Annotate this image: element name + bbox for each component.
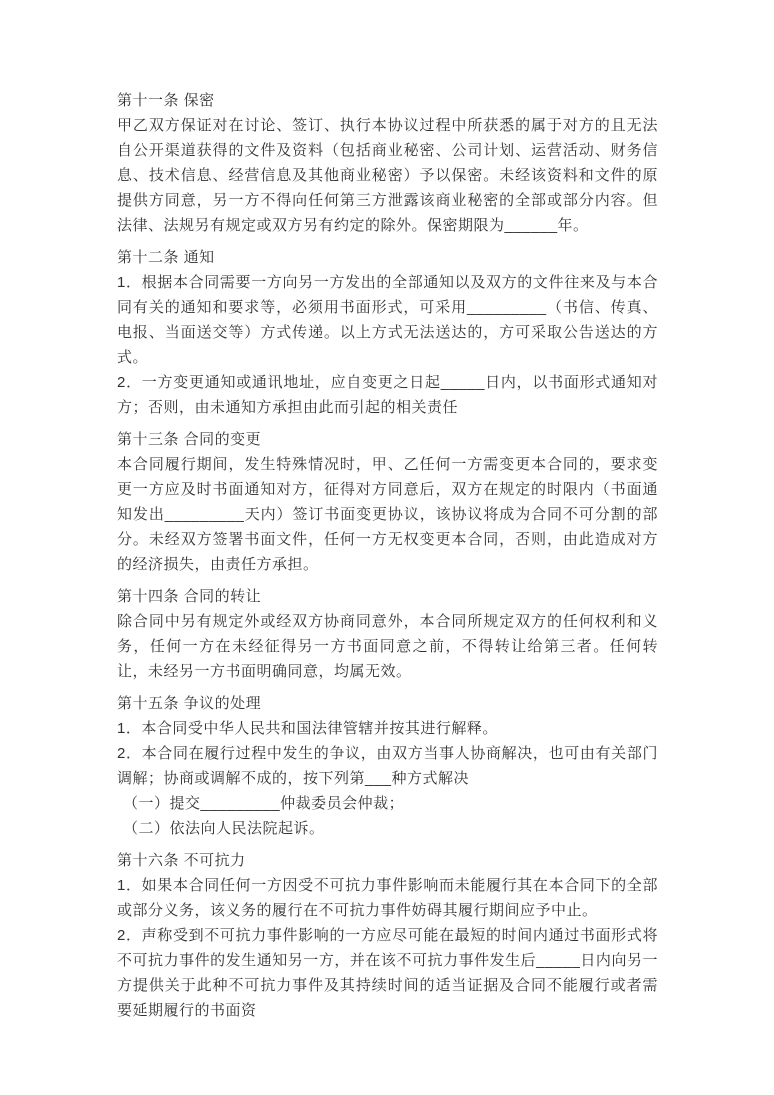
article-16-item-2: 2．声称受到不可抗力事件影响的一方应尽可能在最短的时间内通过书面形式将不可抗力事… bbox=[117, 923, 658, 1023]
article-15-item-1: 1．本合同受中华人民共和国法律管辖并按其进行解释。 bbox=[117, 716, 658, 741]
article-13-paragraph: 本合同履行期间，发生特殊情况时，甲、乙任何一方需变更本合同的，要求变更一方应及时… bbox=[117, 452, 658, 577]
section-article-15-dispute-resolution: 第十五条 争议的处理 1．本合同受中华人民共和国法律管辖并按其进行解释。 2．本… bbox=[117, 691, 658, 841]
contract-document-page: 第十一条 保密 甲乙双方保证对在讨论、签订、执行本协议过程中所获悉的属于对方的且… bbox=[0, 0, 774, 1095]
article-15-item-2: 2．本合同在履行过程中发生的争议，由双方当事人协商解决，也可由有关部门调解；协商… bbox=[117, 741, 658, 791]
article-11-heading: 第十一条 保密 bbox=[117, 88, 658, 113]
section-article-14-contract-transfer: 第十四条 合同的转让 除合同中另有规定外或经双方协商同意外，本合同所规定双方的任… bbox=[117, 584, 658, 684]
article-15-heading: 第十五条 争议的处理 bbox=[117, 691, 658, 716]
article-15-sub-item-2-court: （二）依法向人民法院起诉。 bbox=[117, 816, 658, 841]
article-12-heading: 第十二条 通知 bbox=[117, 245, 658, 270]
article-16-item-1: 1．如果本合同任何一方因受不可抗力事件影响而未能履行其在本合同下的全部或部分义务… bbox=[117, 873, 658, 923]
article-16-heading: 第十六条 不可抗力 bbox=[117, 848, 658, 873]
article-12-item-1: 1．根据本合同需要一方向另一方发出的全部通知以及双方的文件往来及与本合同有关的通… bbox=[117, 270, 658, 370]
section-article-16-force-majeure: 第十六条 不可抗力 1．如果本合同任何一方因受不可抗力事件影响而未能履行其在本合… bbox=[117, 848, 658, 1023]
article-11-paragraph: 甲乙双方保证对在讨论、签订、执行本协议过程中所获悉的属于对方的且无法自公开渠道获… bbox=[117, 113, 658, 238]
article-14-heading: 第十四条 合同的转让 bbox=[117, 584, 658, 609]
article-12-item-2: 2．一方变更通知或通讯地址，应自变更之日起_____日内，以书面形式通知对方；否… bbox=[117, 370, 658, 420]
section-article-13-contract-modification: 第十三条 合同的变更 本合同履行期间，发生特殊情况时，甲、乙任何一方需变更本合同… bbox=[117, 427, 658, 577]
article-14-paragraph: 除合同中另有规定外或经双方协商同意外，本合同所规定双方的任何权利和义务，任何一方… bbox=[117, 609, 658, 684]
article-15-sub-item-1-arbitration: （一）提交_________仲裁委员会仲裁； bbox=[117, 791, 658, 816]
article-13-heading: 第十三条 合同的变更 bbox=[117, 427, 658, 452]
section-article-11-confidentiality: 第十一条 保密 甲乙双方保证对在讨论、签订、执行本协议过程中所获悉的属于对方的且… bbox=[117, 88, 658, 238]
section-article-12-notice: 第十二条 通知 1．根据本合同需要一方向另一方发出的全部通知以及双方的文件往来及… bbox=[117, 245, 658, 420]
